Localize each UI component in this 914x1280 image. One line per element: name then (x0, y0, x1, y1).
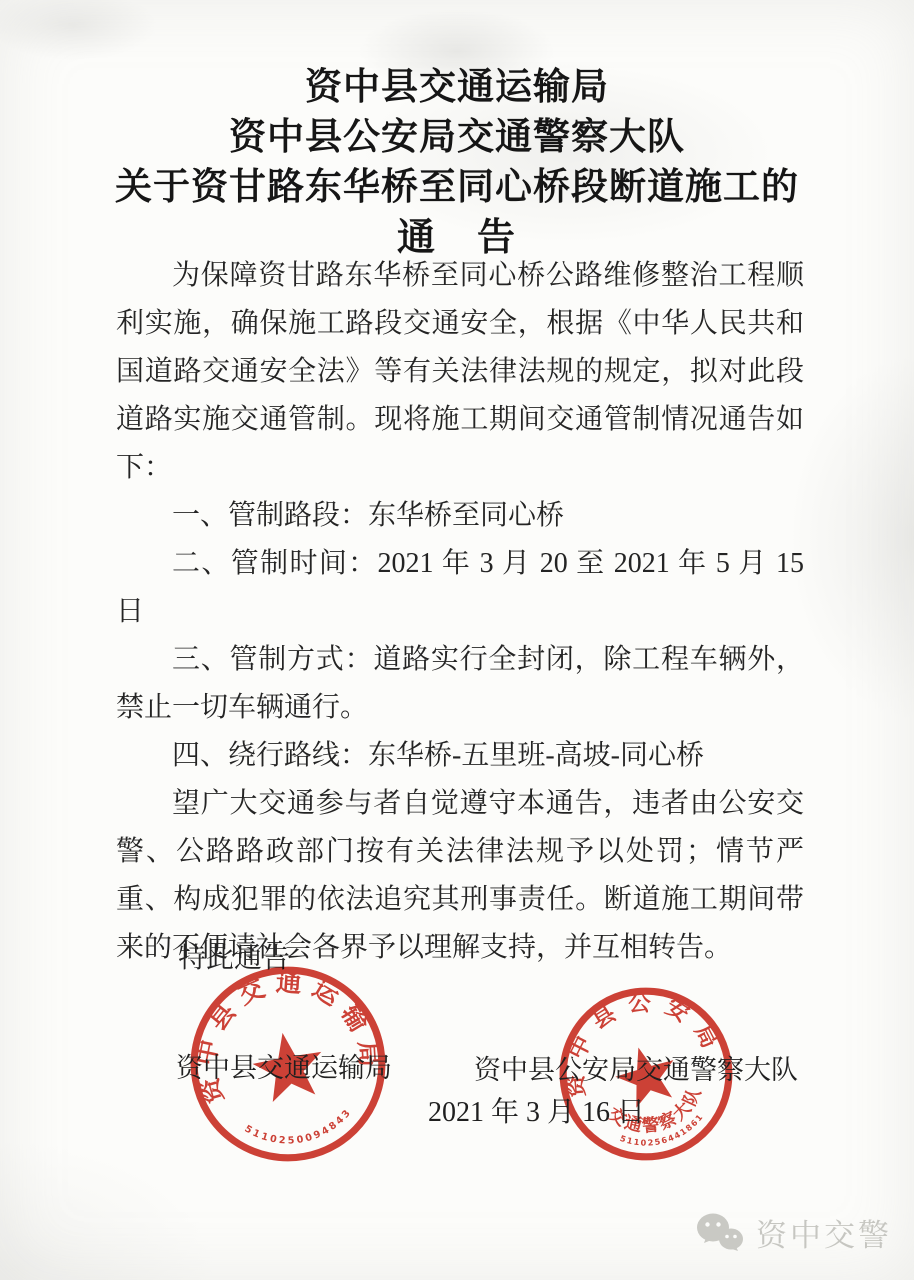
title-line-issuer-2: 资中县公安局交通警察大队 (0, 112, 914, 162)
item-detour-route: 四、绕行路线：东华桥-五里班-高坡-同心桥 (116, 732, 804, 780)
item-control-section: 一、管制路段：东华桥至同心桥 (116, 492, 804, 540)
item-control-method: 三、管制方式：道路实行全封闭，除工程车辆外，禁止一切车辆通行。 (116, 636, 804, 732)
item-control-time: 二、管制时间：2021 年 3 月 20 至 2021 年 5 月 15 日 (116, 540, 804, 636)
notice-page: 资中县交通运输局 资中县公安局交通警察大队 关于资甘路东华桥至同心桥段断道施工的… (0, 0, 914, 1280)
issuer-left-signature: 资中县交通运输局 (176, 1046, 392, 1085)
issue-date: 2021 年 3 月 16 日 (428, 1090, 645, 1130)
issuer-right-signature: 资中县公安局交通警察大队 (474, 1048, 798, 1087)
wechat-icon (694, 1211, 746, 1255)
svg-text:5110250094843: 5110250094843 (241, 1105, 358, 1155)
paragraph-intro: 为保障资甘路东华桥至同心桥公路维修整治工程顺利实施，确保施工路段交通安全，根据《… (116, 252, 804, 492)
title-line-issuer-1: 资中县交通运输局 (0, 62, 914, 112)
wechat-watermark: 资中交警 (694, 1210, 892, 1255)
title-line-subject: 关于资甘路东华桥至同心桥段断道施工的 (0, 162, 914, 212)
watermark-account-name: 资中交警 (756, 1210, 892, 1255)
seal-code: 5110250094843 (241, 1105, 358, 1155)
notice-title-block: 资中县交通运输局 资中县公安局交通警察大队 关于资甘路东华桥至同心桥段断道施工的… (0, 62, 914, 262)
notice-body: 为保障资甘路东华桥至同心桥公路维修整治工程顺利实施，确保施工路段交通安全，根据《… (116, 252, 804, 972)
